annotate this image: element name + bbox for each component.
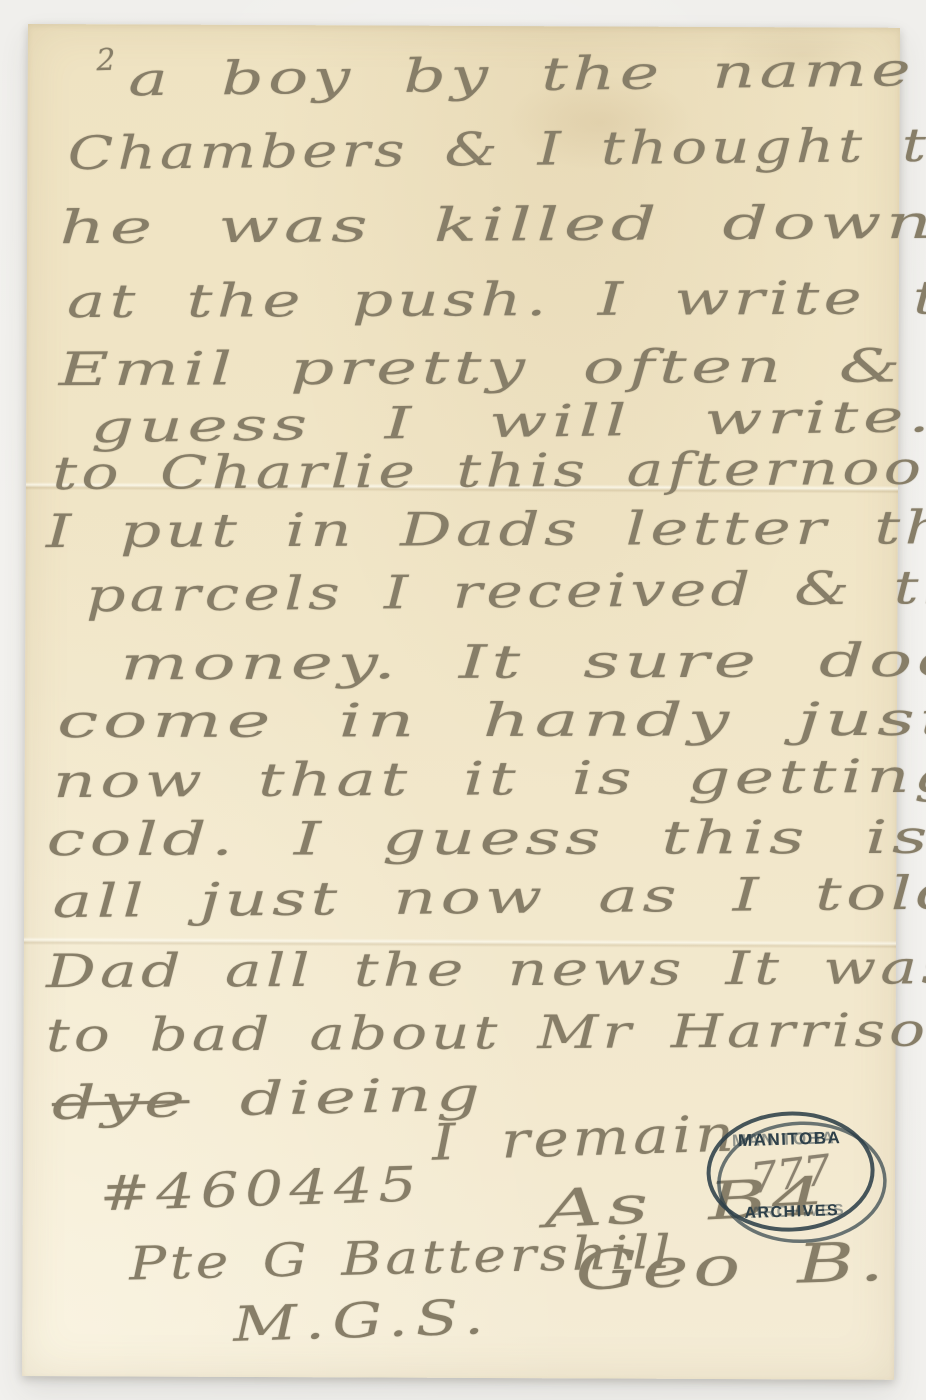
struck-word: dye bbox=[51, 1073, 190, 1130]
scan-background: { "letter": { "page_number": "2", "ink_c… bbox=[0, 0, 926, 1400]
handwriting-line-9: parcels I received & the bbox=[86, 563, 926, 618]
handwriting-line-4: at the push. I write to bbox=[67, 274, 926, 324]
handwriting-line-7: to Charlie this afternoon bbox=[52, 445, 926, 497]
handwriting-line-15: Dad all the news It was bbox=[46, 944, 926, 994]
handwriting-line-12: now that it is getting bbox=[53, 753, 926, 805]
unit-initials: M.G.S. bbox=[232, 1293, 492, 1349]
closing-i-remain: I remain bbox=[431, 1108, 738, 1167]
page-number: 2 bbox=[96, 46, 119, 77]
handwriting-line-13: cold. I guess this is bbox=[47, 814, 926, 862]
archives-stamp: MANITOBA 777 ARCHIVES bbox=[703, 1105, 894, 1263]
handwriting-line-11: come in handy just bbox=[57, 696, 926, 744]
handwriting-line-14: all just now as I told bbox=[52, 869, 926, 924]
handwriting-line-8: I put in Dads letter the bbox=[46, 504, 926, 554]
handwriting-line-1: a boy by the name of bbox=[128, 45, 926, 103]
handwriting-line-10: money. It sure does bbox=[120, 637, 926, 687]
handwriting-line-2: Chambers & I thought that bbox=[68, 121, 926, 176]
handwriting-line-16: to bad about Mr Harrison bbox=[46, 1006, 926, 1058]
handwriting-line-17: dye dieing bbox=[51, 1071, 485, 1126]
letter-page: 2 a boy by the name of Chambers & I thou… bbox=[22, 24, 900, 1380]
service-number: #460445 bbox=[99, 1160, 423, 1218]
handwriting-line-3: he was killed down bbox=[59, 199, 926, 250]
handwriting-line-5: Emil pretty often & I bbox=[59, 342, 926, 392]
